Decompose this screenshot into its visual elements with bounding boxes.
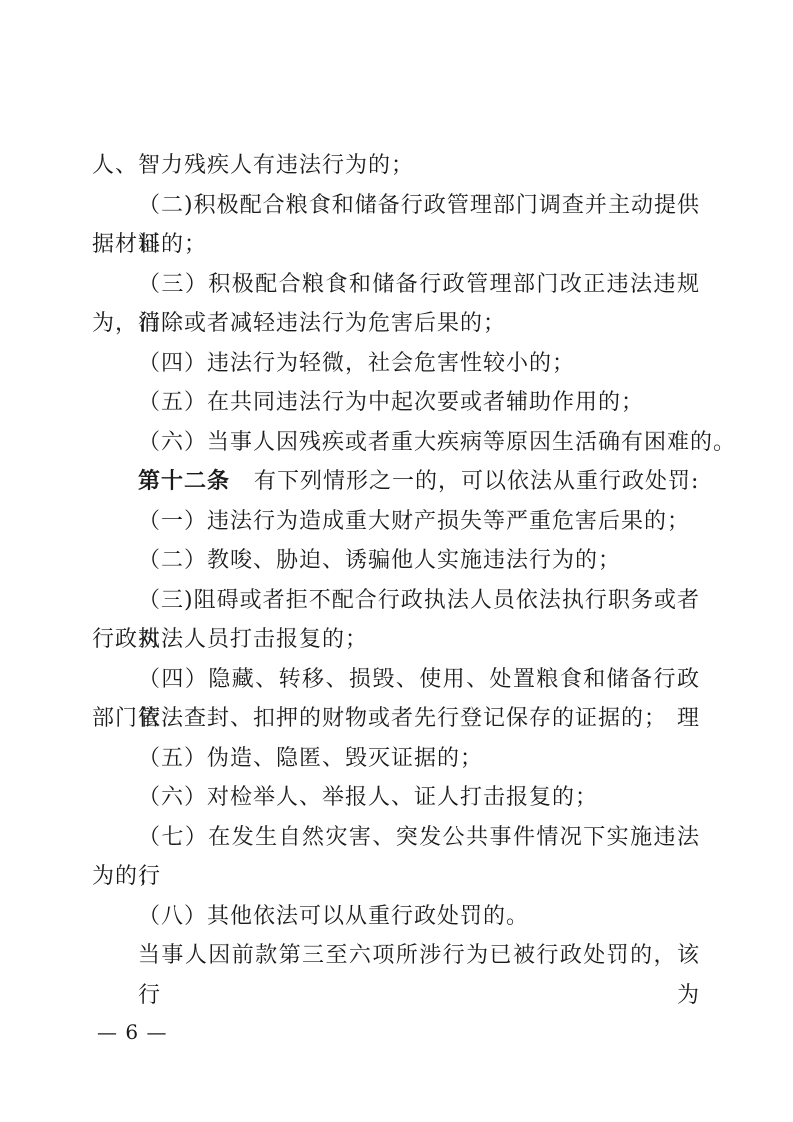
text-line: 人、智力残疾人有违法行为的； xyxy=(92,146,700,186)
text-line: （八）其他依法可以从重行政处罚的。 xyxy=(92,897,700,937)
text-line: （五）伪造、隐匿、毁灭证据的； xyxy=(92,739,700,779)
document-page: 人、智力残疾人有违法行为的；（二)积极配合粮食和储备行政管理部门调查并主动提供证… xyxy=(0,0,793,1122)
text-line: 据材料的； xyxy=(92,225,700,265)
text-line: （二)积极配合粮食和储备行政管理部门调查并主动提供证 xyxy=(92,186,700,226)
text-line: （一）违法行为造成重大财产损失等严重危害后果的； xyxy=(92,502,700,542)
document-body: 人、智力残疾人有违法行为的；（二)积极配合粮食和储备行政管理部门调查并主动提供证… xyxy=(92,146,700,976)
text-line: （二）教唆、胁迫、诱骗他人实施违法行为的； xyxy=(92,541,700,581)
text-line: （三）积极配合粮食和储备行政管理部门改正违法违规行 xyxy=(92,265,700,305)
text-line: （四）隐藏、转移、损毁、使用、处置粮食和储备行政管理 xyxy=(92,660,700,700)
text-line: （五）在共同违法行为中起次要或者辅助作用的； xyxy=(92,383,700,423)
text-line: 部门依法查封、扣押的财物或者先行登记保存的证据的； xyxy=(92,699,700,739)
text-line: （七）在发生自然灾害、突发公共事件情况下实施违法行 xyxy=(92,818,700,858)
text-line: （四）违法行为轻微，社会危害性较小的； xyxy=(92,344,700,384)
text-line: 为，消除或者减轻违法行为危害后果的； xyxy=(92,304,700,344)
text-line: 为的； xyxy=(92,857,700,897)
article-heading-text: 有下列情形之一的，可以依法从重行政处罚: xyxy=(254,469,699,494)
text-line: （三)阻碍或者拒不配合行政执法人员依法执行职务或者对 xyxy=(92,581,700,621)
text-line: 行政执法人员打击报复的； xyxy=(92,620,700,660)
text-line: （六）当事人因残疾或者重大疾病等原因生活确有困难的。 xyxy=(92,423,700,463)
page-number: — 6 — xyxy=(97,1020,167,1044)
text-line: （六）对检举人、举报人、证人打击报复的； xyxy=(92,778,700,818)
text-line: 当事人因前款第三至六项所涉行为已被行政处罚的，该行为 xyxy=(92,936,700,976)
article-number: 第十二条 xyxy=(138,469,230,494)
article-heading-line: 第十二条有下列情形之一的，可以依法从重行政处罚: xyxy=(92,462,700,502)
